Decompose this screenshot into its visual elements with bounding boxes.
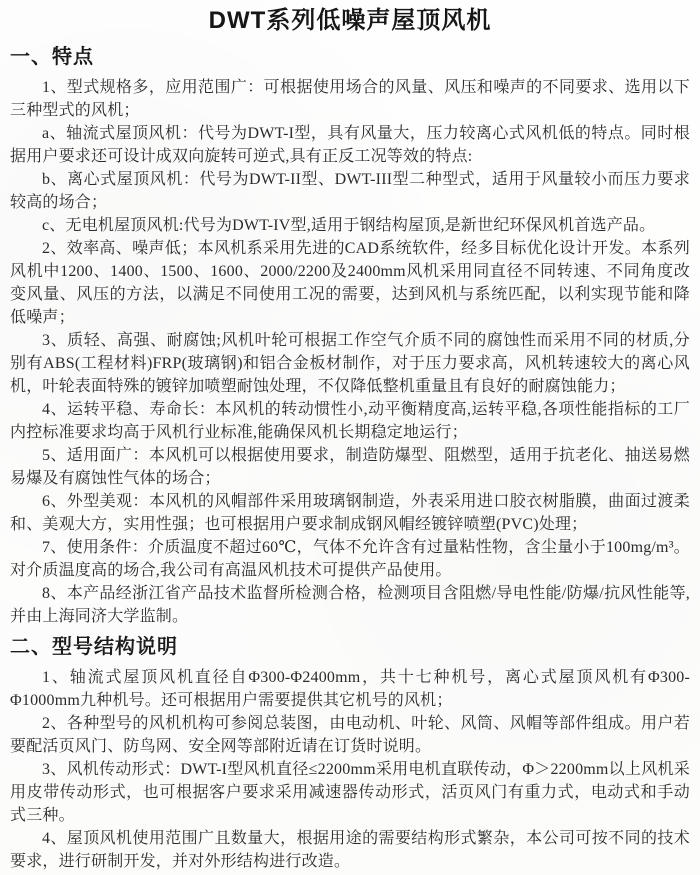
paragraph-feature-3: 3、质轻、高强、耐腐蚀;风机叶轮可根据工作空气介质不同的腐蚀性而采用不同的材质,… — [10, 329, 690, 398]
paragraph-feature-1b: b、离心式屋顶风机：代号为DWT-II型、DWT-III型二种型式，适用于风量较… — [10, 168, 690, 214]
paragraph-model-1: 1、轴流式屋顶风机直径自Φ300-Φ2400mm，共十七种机号，离心式屋顶风机有… — [10, 666, 690, 712]
paragraph-feature-8: 8、本产品经浙江省产品技术监督所检测合格，检测项目含阻燃/导电性能/防爆/抗风性… — [10, 582, 690, 628]
section-heading-model-structure: 二、型号结构说明 — [10, 634, 690, 660]
paragraph-feature-2: 2、效率高、噪声低；本风机系采用先进的CAD系统软件，经多目标优化设计开发。本系… — [10, 237, 690, 329]
paragraph-feature-1c: c、无电机屋顶风机:代号为DWT-IV型,适用于钢结构屋顶,是新世纪环保风机首选… — [10, 214, 690, 237]
paragraph-feature-7: 7、使用条件：介质温度不超过60℃，气体不允许含有过量粘性物，含尘量小于100m… — [10, 536, 690, 582]
paragraph-model-3: 3、风机传动形式：DWT-I型风机直径≤2200mm采用电机直联传动，Φ＞220… — [10, 758, 690, 827]
document-title: DWT系列低噪声屋顶风机 — [10, 6, 690, 36]
section-model-structure: 二、型号结构说明 1、轴流式屋顶风机直径自Φ300-Φ2400mm，共十七种机号… — [10, 634, 690, 873]
paragraph-feature-4: 4、运转平稳、寿命长：本风机的转动惯性小,动平衡精度高,运转平稳,各项性能指标的… — [10, 398, 690, 444]
paragraph-feature-1: 1、型式规格多，应用范围广：可根据使用场合的风量、风压和噪声的不同要求、选用以下… — [10, 76, 690, 122]
paragraph-model-2: 2、各种型号的风机机构可参阅总装图，由电动机、叶轮、风筒、风帽等部件组成。用户若… — [10, 712, 690, 758]
paragraph-feature-1a: a、轴流式屋顶风机：代号为DWT-I型，具有风量大，压力较离心式风机低的特点。同… — [10, 122, 690, 168]
document-page: DWT系列低噪声屋顶风机 一、特点 1、型式规格多，应用范围广：可根据使用场合的… — [0, 0, 700, 875]
paragraph-feature-6: 6、外型美观：本风机的风帽部件采用玻璃钢制造，外表采用进口胶衣树脂膜，曲面过渡柔… — [10, 490, 690, 536]
paragraph-feature-5: 5、适用面广：本风机可以根据使用要求，制造防爆型、阻燃型，适用于抗老化、抽送易燃… — [10, 444, 690, 490]
section-features: 一、特点 1、型式规格多，应用范围广：可根据使用场合的风量、风压和噪声的不同要求… — [10, 44, 690, 628]
paragraph-model-4: 4、屋顶风机使用范围广且数量大，根据用途的需要结构形式繁杂，本公司可按不同的技术… — [10, 827, 690, 873]
section-heading-features: 一、特点 — [10, 44, 690, 70]
